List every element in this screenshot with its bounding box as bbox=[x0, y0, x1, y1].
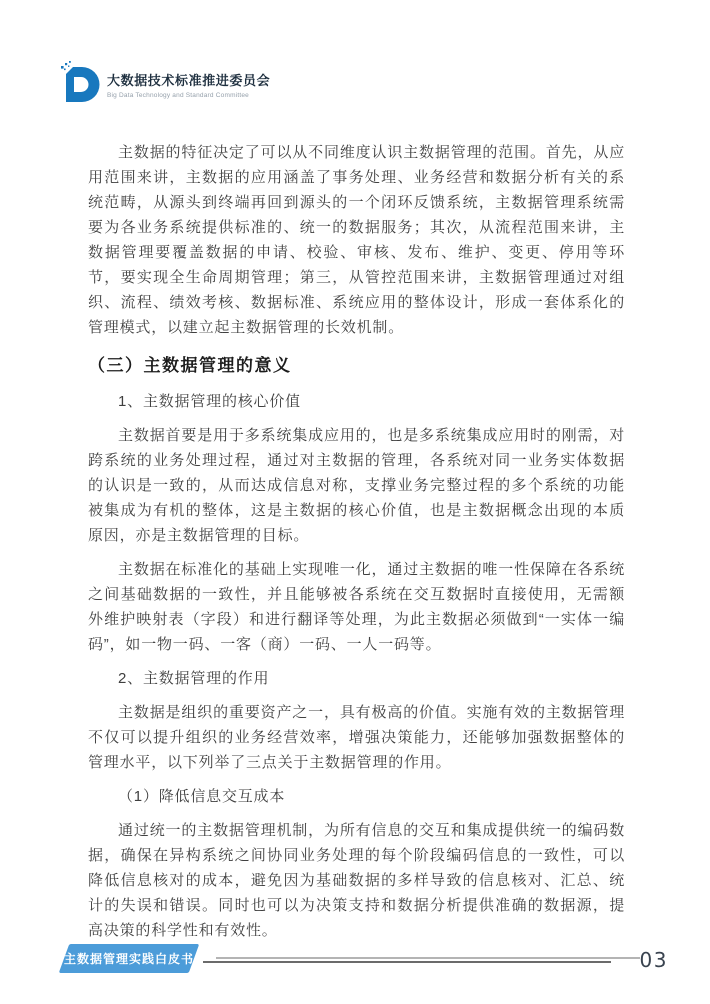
footer-badge-label: 主数据管理实践白皮书 bbox=[64, 950, 194, 967]
section-heading: （三）主数据管理的意义 bbox=[88, 353, 625, 378]
org-name-en: Big Data Technology and Standard Committ… bbox=[107, 92, 270, 99]
org-name-cn: 大数据技术标准推进委员会 bbox=[107, 70, 270, 89]
paragraph: 通过统一的主数据管理机制，为所有信息的交互和集成提供统一的编码数据，确保在异构系… bbox=[88, 818, 625, 943]
footer-rule-dark bbox=[203, 961, 611, 963]
sub-heading: 1、主数据管理的核心价值 bbox=[88, 389, 625, 414]
logo-d-icon bbox=[60, 60, 100, 108]
document-body: 主数据的特征决定了可以从不同维度认识主数据管理的范围。首先，从应用范围来讲，主数… bbox=[88, 140, 625, 952]
paragraph: 主数据的特征决定了可以从不同维度认识主数据管理的范围。首先，从应用范围来讲，主数… bbox=[88, 140, 625, 340]
committee-logo: 大数据技术标准推进委员会 Big Data Technology and Sta… bbox=[60, 60, 270, 108]
paragraph: 主数据首要是用于多系统集成应用的，也是多系统集成应用时的刚需，对跨系统的业务处理… bbox=[88, 423, 625, 548]
footer-rule-light bbox=[216, 957, 640, 959]
paragraph: 主数据在标准化的基础上实现唯一化，通过主数据的唯一性保障在各系统之间基础数据的一… bbox=[88, 557, 625, 657]
sub-heading: （1）降低信息交互成本 bbox=[88, 784, 625, 809]
whitepaper-page: 大数据技术标准推进委员会 Big Data Technology and Sta… bbox=[0, 0, 710, 1004]
footer-badge: 主数据管理实践白皮书 bbox=[59, 944, 200, 973]
sub-heading: 2、主数据管理的作用 bbox=[88, 666, 625, 691]
logo-text: 大数据技术标准推进委员会 Big Data Technology and Sta… bbox=[107, 70, 270, 99]
paragraph: 主数据是组织的重要资产之一，具有极高的价值。实施有效的主数据管理不仅可以提升组织… bbox=[88, 700, 625, 775]
page-number: 03 bbox=[640, 948, 668, 972]
